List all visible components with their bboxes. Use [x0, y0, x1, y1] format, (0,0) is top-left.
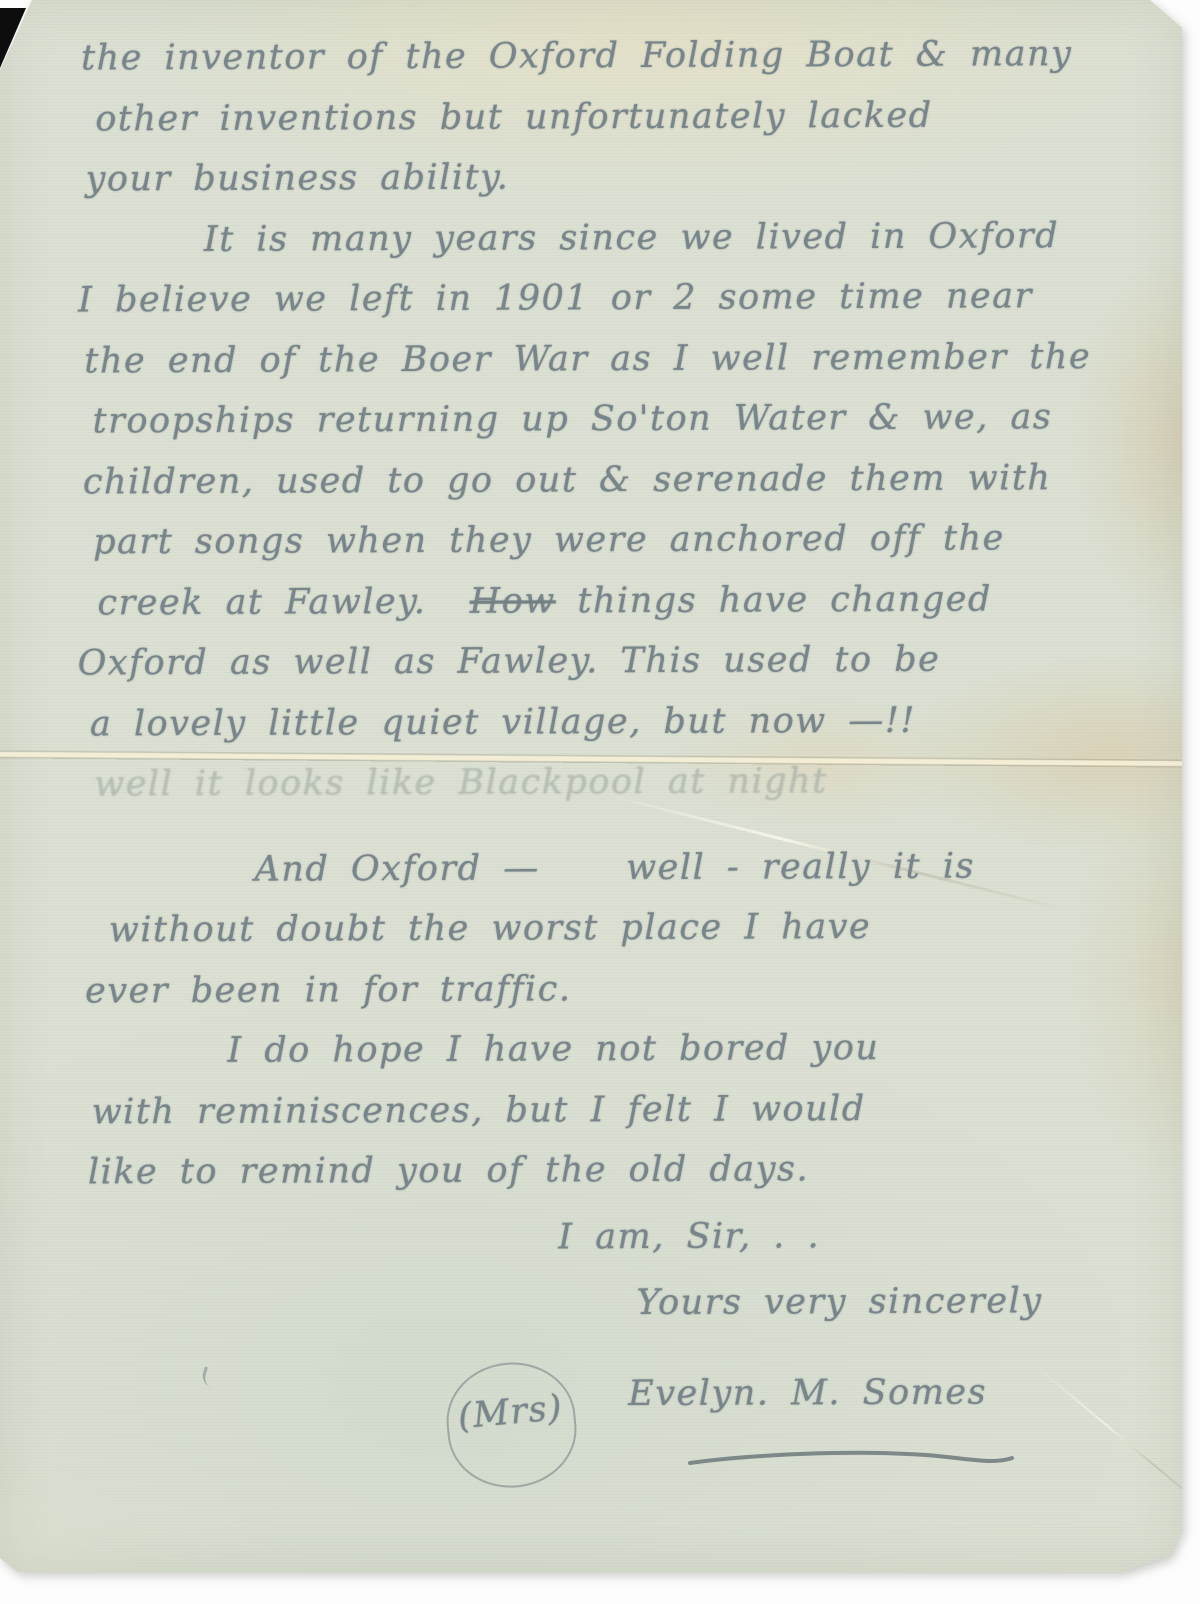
closing-line: I am, Sir, . .	[80, 1204, 1200, 1270]
handwritten-line: a lovely little quiet village, but now —…	[78, 689, 1200, 755]
scanned-letter-page: the inventor of the Oxford Folding Boat …	[0, 0, 1200, 1604]
handwritten-line: Oxford as well as Fawley. This used to b…	[78, 628, 1200, 694]
handwritten-line: part songs when they were anchored off t…	[77, 507, 1200, 573]
signature-underline-flourish	[686, 1446, 1016, 1474]
paper-shadow-wrap: the inventor of the Oxford Folding Boat …	[0, 0, 1200, 1604]
line-segment: creek at Fawley.	[97, 581, 469, 623]
handwritten-line: I believe we left in 1901 or 2 some time…	[76, 265, 1200, 331]
line-segment: things have changed	[556, 579, 992, 621]
handwritten-line: the inventor of the Oxford Folding Boat …	[75, 23, 1200, 89]
handwritten-line: with reminiscences, but I felt I would	[80, 1077, 1200, 1143]
signature-name: Evelyn. M. Somes	[628, 1372, 987, 1414]
mrs-circled-annotation: (Mrs)	[442, 1356, 582, 1492]
handwritten-line: other inventions but unfortunately lacke…	[75, 84, 1200, 150]
letter-body: the inventor of the Oxford Folding Boat …	[0, 0, 1200, 1471]
handwritten-line: creek at Fawley. How things have changed	[77, 568, 1200, 634]
handwritten-line: your business ability.	[75, 144, 1200, 210]
handwritten-line: It is many years since we lived in Oxfor…	[76, 205, 1200, 271]
closing-line: Yours very sincerely	[80, 1270, 1200, 1336]
signature-line: (Mrs)Evelyn. M. Somes	[81, 1341, 1200, 1471]
handwritten-line: troopships returning up So'ton Water & w…	[77, 386, 1200, 452]
struck-word: How	[470, 581, 556, 621]
handwritten-line: I do hope I have not bored you	[79, 1016, 1200, 1082]
handwritten-line: like to remind you of the old days.	[80, 1137, 1200, 1203]
handwritten-line: And Oxford — well - really it is	[78, 835, 1200, 901]
handwritten-line: ever been in for traffic.	[79, 956, 1200, 1022]
handwritten-line: children, used to go out & serenade them…	[77, 447, 1200, 513]
handwritten-line: without doubt the worst place I have	[79, 895, 1200, 961]
letter-paper: the inventor of the Oxford Folding Boat …	[0, 0, 1182, 1572]
handwritten-line-faded: well it looks like Blackpool at night	[78, 749, 1200, 815]
handwritten-line: the end of the Boer War as I well rememb…	[76, 326, 1200, 392]
